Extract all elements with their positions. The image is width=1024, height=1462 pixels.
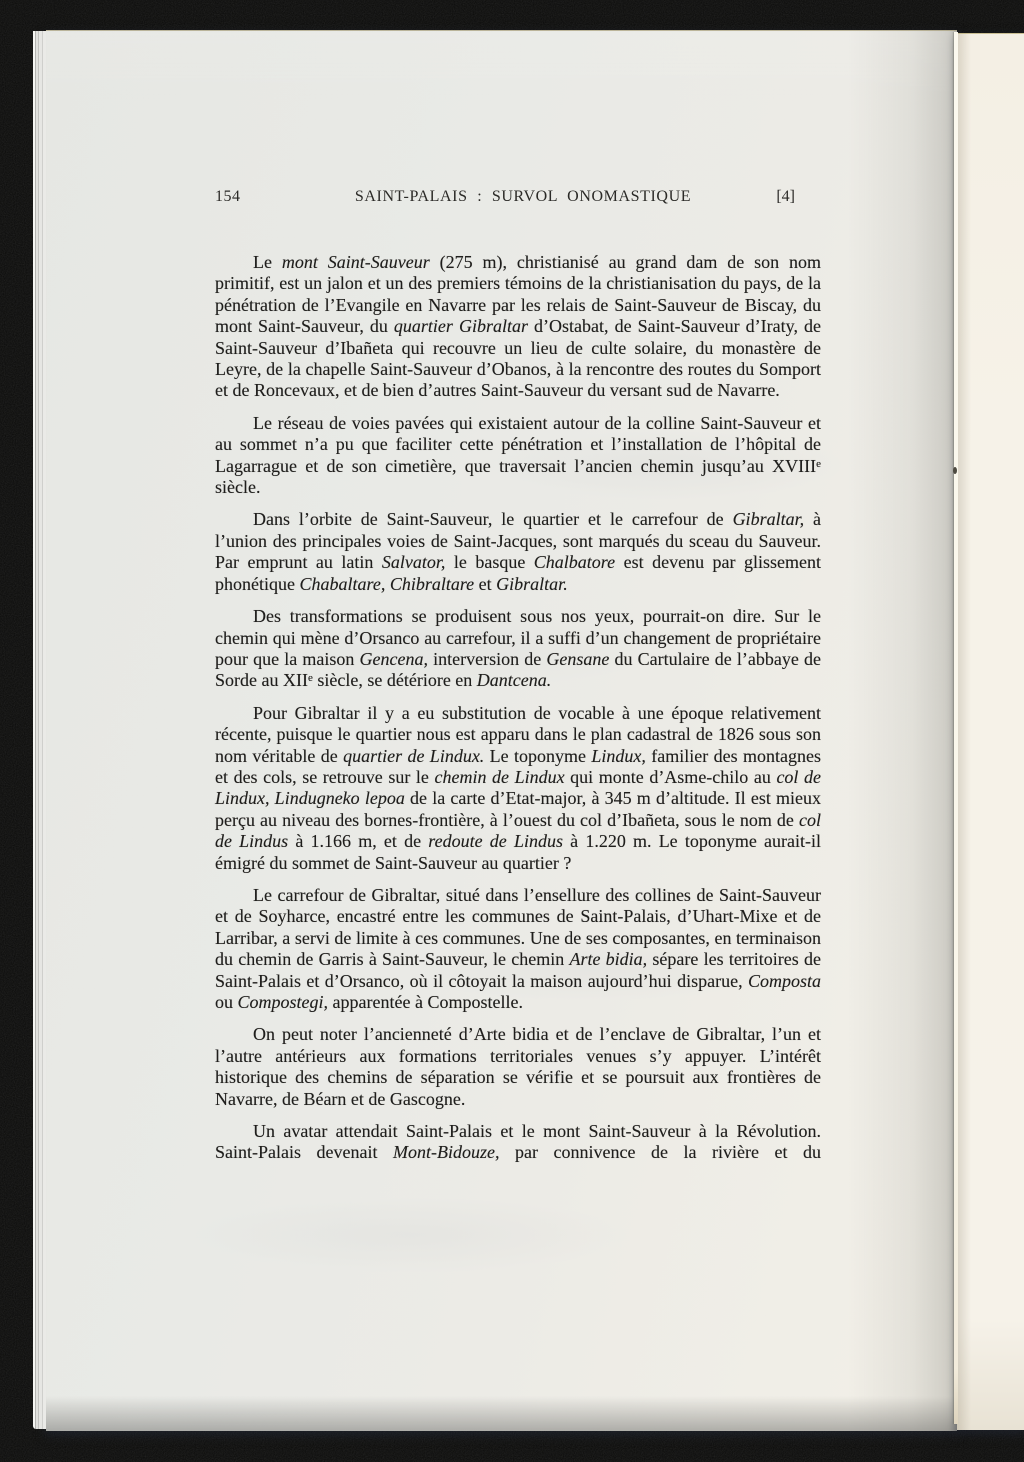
italic-text: Gibraltar, bbox=[733, 509, 805, 529]
italic-text: quartier de Lindux. bbox=[343, 746, 484, 766]
body-text: Le réseau de voies pavées qui existaient… bbox=[215, 413, 821, 476]
body-text: siècle. bbox=[215, 477, 260, 497]
paragraph: Un avatar attendait Saint-Palais et le m… bbox=[215, 1121, 821, 1164]
italic-text: Chalbatore bbox=[534, 552, 615, 572]
page-body: Le mont Saint-Sauveur (275 m), christian… bbox=[215, 252, 821, 1164]
page-edge-stack bbox=[33, 31, 46, 1429]
page-content: 154 SAINT-PALAIS : SURVOL ONOMASTIQUE [4… bbox=[215, 188, 821, 1164]
italic-text: Gencena, bbox=[360, 649, 428, 669]
italic-text: Gibraltar. bbox=[496, 574, 568, 594]
superscript-text: e bbox=[816, 458, 821, 470]
body-text: et bbox=[474, 574, 496, 594]
italic-text: Mont-Bidouze, bbox=[393, 1142, 499, 1162]
body-text: à 1.166 m, et de bbox=[288, 831, 428, 851]
italic-text: quartier Gibraltar bbox=[394, 316, 528, 336]
paragraph: Le mont Saint-Sauveur (275 m), christian… bbox=[215, 252, 821, 402]
paragraph: On peut noter l’ancienneté d’Arte bidia … bbox=[215, 1024, 821, 1110]
paragraph: Le carrefour de Gibraltar, situé dans l’… bbox=[215, 885, 821, 1013]
page-number: 154 bbox=[215, 188, 285, 206]
paragraph: Des transformations se produisent sous n… bbox=[215, 606, 821, 692]
italic-text: Lindux, bbox=[591, 746, 646, 766]
body-text: apparentée à Compostelle. bbox=[328, 992, 523, 1012]
body-text: interversion de bbox=[428, 649, 546, 669]
paragraph: Le réseau de voies pavées qui existaient… bbox=[215, 413, 821, 499]
spine-speck bbox=[953, 467, 957, 474]
body-text: On peut noter l’ancienneté d’Arte bidia … bbox=[215, 1024, 821, 1108]
italic-text: Composta bbox=[748, 971, 821, 991]
paragraph: Pour Gibraltar il y a eu substitution de… bbox=[215, 703, 821, 874]
paragraph: Dans l’orbite de Saint-Sauveur, le quart… bbox=[215, 509, 821, 595]
italic-text: mont Saint-Sauveur bbox=[282, 252, 430, 272]
body-text: Le toponyme bbox=[484, 746, 591, 766]
italic-text: chemin de Lindux bbox=[434, 767, 564, 787]
body-text: Dans l’orbite de Saint-Sauveur, le quart… bbox=[253, 509, 733, 529]
body-text: qui monte d’Asme-chilo au bbox=[565, 767, 777, 787]
body-text: Le bbox=[253, 252, 282, 272]
italic-text: Chabaltare, Chibraltare bbox=[299, 574, 474, 594]
italic-text: Salvator, bbox=[382, 552, 446, 572]
body-text: siècle, se détériore en bbox=[313, 670, 477, 690]
spine-crease bbox=[954, 32, 958, 1424]
italic-text: Gensane bbox=[546, 649, 609, 669]
body-text: ou bbox=[215, 992, 238, 1012]
facing-page-edge bbox=[957, 33, 1024, 1430]
italic-text: Compostegi, bbox=[238, 992, 329, 1012]
running-title: SAINT-PALAIS : SURVOL ONOMASTIQUE bbox=[285, 188, 761, 206]
body-text: le basque bbox=[445, 552, 533, 572]
scanned-book-photo: 154 SAINT-PALAIS : SURVOL ONOMASTIQUE [4… bbox=[0, 0, 1024, 1462]
body-text: par connivence de la rivière et du bbox=[499, 1142, 821, 1162]
issue-marker: [4] bbox=[761, 188, 795, 206]
italic-text: Arte bidia, bbox=[569, 949, 647, 969]
italic-text: redoute de Lindus bbox=[428, 831, 563, 851]
running-header: 154 SAINT-PALAIS : SURVOL ONOMASTIQUE [4… bbox=[215, 188, 821, 206]
italic-text: Dantcena. bbox=[477, 670, 551, 690]
